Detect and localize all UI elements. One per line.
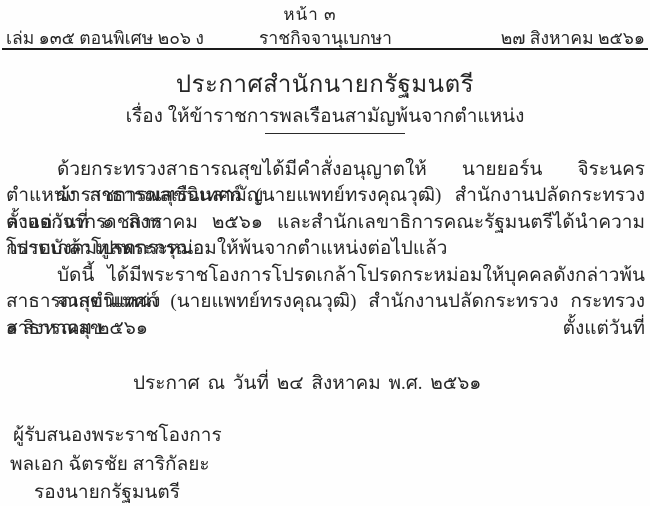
announcement-date: ประกาศ ณ วันที่ ๒๔ สิงหาคม พ.ศ. ๒๕๖๑ [133, 368, 481, 398]
title-divider [265, 133, 405, 134]
countersign-block: ผู้รับสนองพระราชโองการ พลเอก ฉัตรชัย สาร… [10, 422, 204, 506]
countersign-name: พลเอก ฉัตรชัย สาริกัลยะ [10, 451, 204, 480]
paragraph-2: บัดนี้ ได้มีพระราชโองการโปรดเกล้าโปรดกระ… [6, 263, 645, 342]
paragraph-1-line-4: โปรดเกล้าโปรดกระหม่อมให้พ้นจากตำแหน่งต่อ… [6, 236, 645, 262]
paragraph-1-line-2: ตำแหน่ง สาธารณสุขนิเทศก์ (นายแพทย์ทรงคุณ… [6, 183, 645, 209]
announcement-title: ประกาศสำนักนายกรัฐมนตรี [0, 64, 650, 103]
paragraph-1-line-1: ด้วยกระทรวงสาธารณสุขได้มีคำสั่งอนุญาตให้… [6, 157, 645, 183]
announcement-subject: เรื่อง ให้ข้าราชการพลเรือนสามัญพ้นจากตำแ… [0, 101, 650, 131]
countersign-label: ผู้รับสนองพระราชโองการ [10, 422, 204, 451]
header-rule [2, 48, 648, 50]
paragraph-1-line-3: ตั้งแต่วันที่ ๑ สิงหาคม ๒๕๖๑ และสำนักเลข… [6, 210, 645, 236]
paragraph-2-line-1: บัดนี้ ได้มีพระราชโองการโปรดเกล้าโปรดกระ… [6, 263, 645, 289]
gazette-page: หน้า ๓ เล่ม ๑๓๕ ตอนพิเศษ ๒๐๖ ง ราชกิจจาน… [0, 0, 650, 506]
paragraph-2-line-2: สาธารณสุขนิเทศก์ (นายแพทย์ทรงคุณวุฒิ) สำ… [6, 289, 645, 315]
countersign-position: รองนายกรัฐมนตรี [10, 479, 204, 506]
paragraph-1: ด้วยกระทรวงสาธารณสุขได้มีคำสั่งอนุญาตให้… [6, 157, 645, 263]
